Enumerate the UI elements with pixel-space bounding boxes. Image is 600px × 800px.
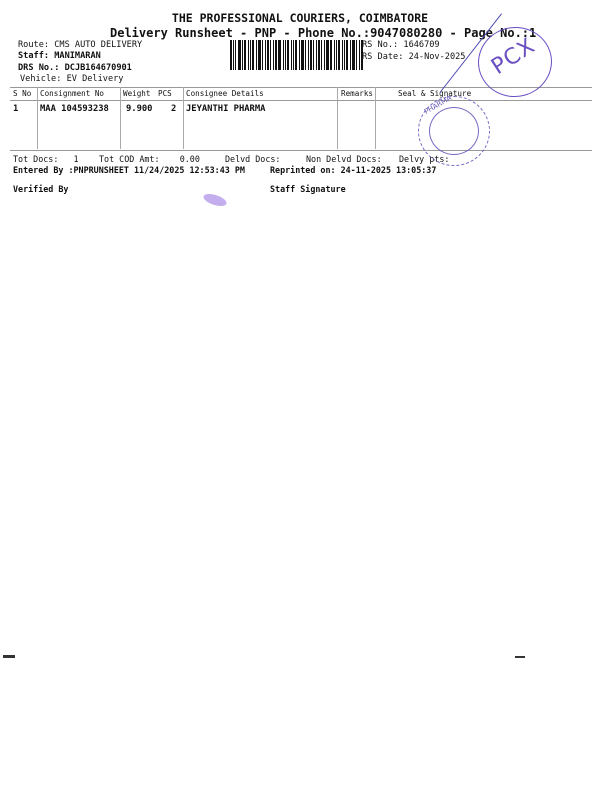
- barcode-bar: [299, 40, 300, 70]
- barcode-bar: [346, 40, 348, 70]
- staff-field: Staff: MANIMARAN: [18, 51, 101, 61]
- barcode-bar: [238, 40, 241, 70]
- drs-field: DRS No.: DCJB164670901: [18, 63, 132, 73]
- column-divider: [375, 87, 376, 149]
- scan-mark: [515, 656, 525, 658]
- column-divider: [37, 87, 38, 149]
- vehicle-text: Vehicle: EV Delivery: [20, 74, 123, 84]
- barcode-bar: [256, 40, 257, 70]
- barcode-bar: [344, 40, 345, 70]
- drs-label: DRS No.:: [18, 63, 59, 73]
- barcode-bar: [278, 40, 281, 70]
- barcode-bar: [250, 40, 251, 70]
- barcode-bar: [285, 40, 286, 70]
- barcode-bar: [267, 40, 269, 70]
- barcode-bar: [235, 40, 236, 70]
- barcode-bar: [233, 40, 234, 70]
- total-docs-value: 1: [74, 154, 79, 164]
- barcode-bar: [326, 40, 329, 70]
- staff-label: Staff:: [18, 51, 49, 61]
- total-docs: Tot Docs: 1: [13, 154, 79, 164]
- col-header-sno: S No: [13, 89, 31, 98]
- staff-value: MANIMARAN: [54, 51, 101, 61]
- pharma-seal-stamp: PHARMA: [418, 96, 490, 166]
- rs-number: RS No.: 1646709: [362, 40, 440, 50]
- barcode-bar: [338, 40, 340, 70]
- column-divider: [183, 87, 184, 149]
- total-docs-label: Tot Docs:: [13, 154, 58, 164]
- barcode-bar: [248, 40, 249, 70]
- barcode-bar: [252, 40, 254, 70]
- barcode-bar: [321, 40, 322, 70]
- route-text: Route: CMS AUTO DELIVERY: [18, 40, 142, 50]
- barcode-bar: [270, 40, 271, 70]
- barcode-bar: [324, 40, 325, 70]
- barcode-bar: [352, 40, 355, 70]
- cell-weight: 9.900: [126, 104, 152, 114]
- barcode-bar: [275, 40, 277, 70]
- total-cod-value: 0.00: [180, 154, 200, 164]
- cell-sno: 1: [13, 104, 18, 114]
- barcode-bar: [359, 40, 360, 70]
- reprinted-on: Reprinted on: 24-11-2025 13:05:37: [270, 165, 436, 175]
- barcode-bar: [230, 40, 232, 70]
- cell-pcs: 2: [171, 104, 176, 114]
- column-divider: [120, 87, 121, 149]
- column-divider: [337, 87, 338, 149]
- barcode-bar: [330, 40, 332, 70]
- barcode-bar: [350, 40, 351, 70]
- barcode-bar: [242, 40, 243, 70]
- runsheet-subtitle: Delivery Runsheet - PNP - Phone No.:9047…: [110, 26, 536, 40]
- entered-by: Entered By :PNPRUNSHEET 11/24/2025 12:53…: [13, 165, 245, 175]
- barcode-bar: [310, 40, 312, 70]
- table-header-divider: [10, 100, 592, 101]
- barcode-bar: [283, 40, 284, 70]
- barcode-bar: [295, 40, 297, 70]
- company-title: THE PROFESSIONAL COURIERS, COIMBATORE: [0, 11, 600, 25]
- barcode-bar: [291, 40, 292, 70]
- barcode-bar: [244, 40, 246, 70]
- barcode-bar: [313, 40, 314, 70]
- barcode-bar: [318, 40, 320, 70]
- barcode-bar: [301, 40, 304, 70]
- non-delivered-docs-label: Non Delvd Docs:: [306, 154, 382, 164]
- staff-signature-label: Staff Signature: [270, 184, 346, 194]
- pcx-stamp-text: PCX: [487, 33, 540, 79]
- rs-date: RS Date: 24-Nov-2025: [362, 52, 465, 62]
- total-cod: Tot COD Amt: 0.00: [99, 154, 200, 164]
- delivered-docs-label: Delvd Docs:: [225, 154, 280, 164]
- barcode-bar: [356, 40, 357, 70]
- barcode-bar: [316, 40, 317, 70]
- barcode-bar: [308, 40, 309, 70]
- col-header-consignee: Consignee Details: [186, 89, 264, 98]
- col-header-weight: Weight: [123, 89, 150, 98]
- cell-consignment: MAA 104593238: [40, 104, 109, 114]
- barcode-bar: [342, 40, 343, 70]
- verified-by-label: Verified By: [13, 184, 68, 194]
- barcode-bar: [336, 40, 337, 70]
- seal-inner-ring: [429, 107, 479, 155]
- barcode-bar: [258, 40, 261, 70]
- drs-value: DCJB164670901: [65, 63, 132, 73]
- barcode-bar: [273, 40, 274, 70]
- ink-smudge: [202, 192, 228, 209]
- col-header-consignment: Consignment No: [40, 89, 104, 98]
- col-header-remarks: Remarks: [341, 89, 373, 98]
- barcode-bar: [334, 40, 335, 70]
- barcode-bar: [287, 40, 289, 70]
- col-header-pcs: PCS: [158, 89, 172, 98]
- total-cod-label: Tot COD Amt:: [99, 154, 160, 164]
- barcode-bar: [305, 40, 306, 70]
- barcode-icon: [230, 40, 367, 70]
- barcode-bar: [262, 40, 263, 70]
- barcode-bar: [265, 40, 266, 70]
- barcode-bar: [293, 40, 294, 70]
- cell-consignee: JEYANTHI PHARMA: [186, 104, 265, 114]
- scan-mark: [3, 655, 15, 658]
